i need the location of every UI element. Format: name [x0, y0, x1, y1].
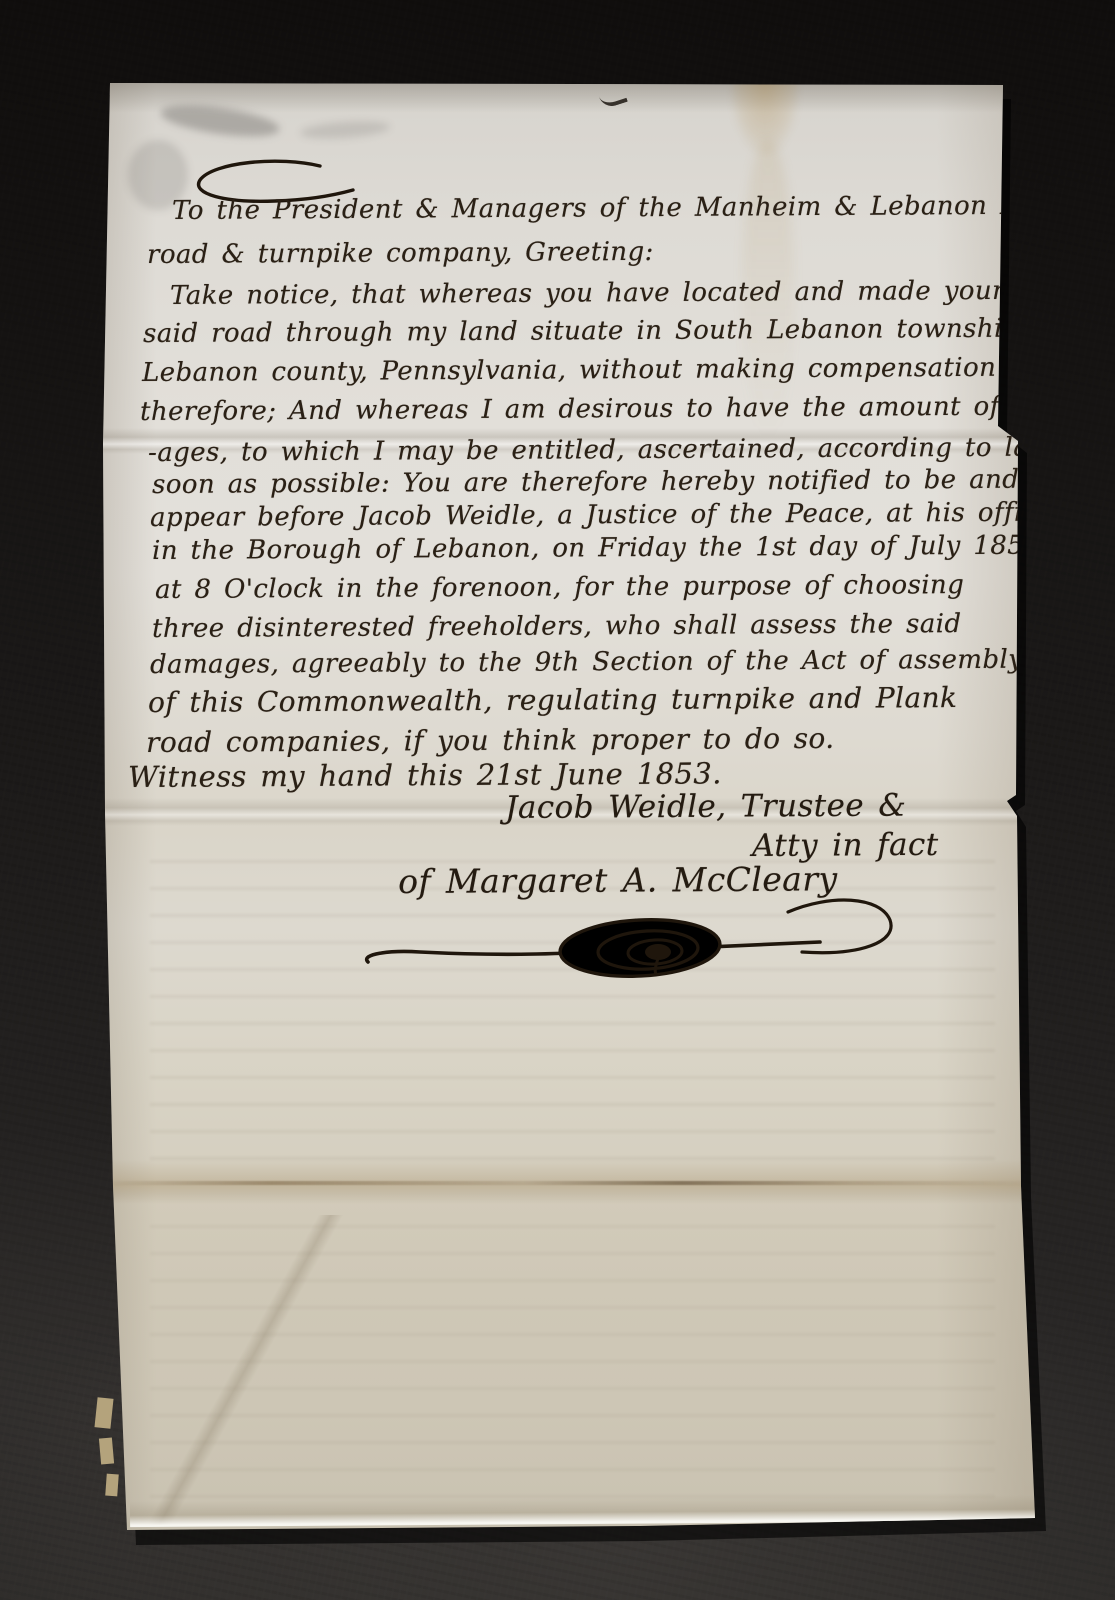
letter-line-11: at 8 O'clock in the forenoon, for the pu…: [155, 570, 964, 605]
signature-flourish: [350, 880, 910, 990]
letter-line-5: Lebanon county, Pennsylvania, without ma…: [142, 353, 996, 388]
letter-line-8: soon as possible: You are therefore here…: [152, 465, 1019, 500]
signature-title-line: Atty in fact: [752, 827, 939, 864]
torn-edge-chip: [99, 1437, 114, 1464]
letter-line-4: said road through my land situate in Sou…: [143, 314, 1020, 349]
letter-line-10: in the Borough of Lebanon, on Friday the…: [152, 531, 1041, 566]
show-through-lines: [150, 1205, 995, 1505]
letter-line-9: appear before Jacob Weidle, a Justice of…: [150, 497, 1054, 533]
smudge-mark: [300, 119, 391, 141]
letter-line-15: road companies, if you think proper to d…: [146, 722, 835, 759]
letter-line-2: road & turnpike company, Greeting:: [147, 237, 654, 270]
photo-of-handwritten-letter: To the President & Managers of the Manhe…: [0, 0, 1115, 1600]
letter-line-7: -ages, to which I may be entitled, ascer…: [148, 432, 1100, 468]
signature-name-line: Jacob Weidle, Trustee &: [505, 788, 906, 826]
letter-paper: To the President & Managers of the Manhe…: [0, 0, 1115, 1600]
letter-line-12: three disinterested freeholders, who sha…: [152, 609, 962, 644]
letter-line-14: of this Commonwealth, regulating turnpik…: [148, 681, 957, 719]
letter-line-3: Take notice, that whereas you have locat…: [170, 276, 1005, 311]
torn-edge-chip: [105, 1474, 119, 1497]
torn-edge-chip: [94, 1397, 113, 1429]
paper-top-edge-shading: [103, 83, 1015, 113]
fold-crease-lower-line: [103, 1181, 1037, 1185]
letter-line-1: To the President & Managers of the Manhe…: [172, 190, 1076, 226]
letter-line-6: therefore; And whereas I am desirous to …: [140, 391, 1080, 427]
letter-line-13: damages, agreeably to the 9th Section of…: [150, 645, 1023, 680]
